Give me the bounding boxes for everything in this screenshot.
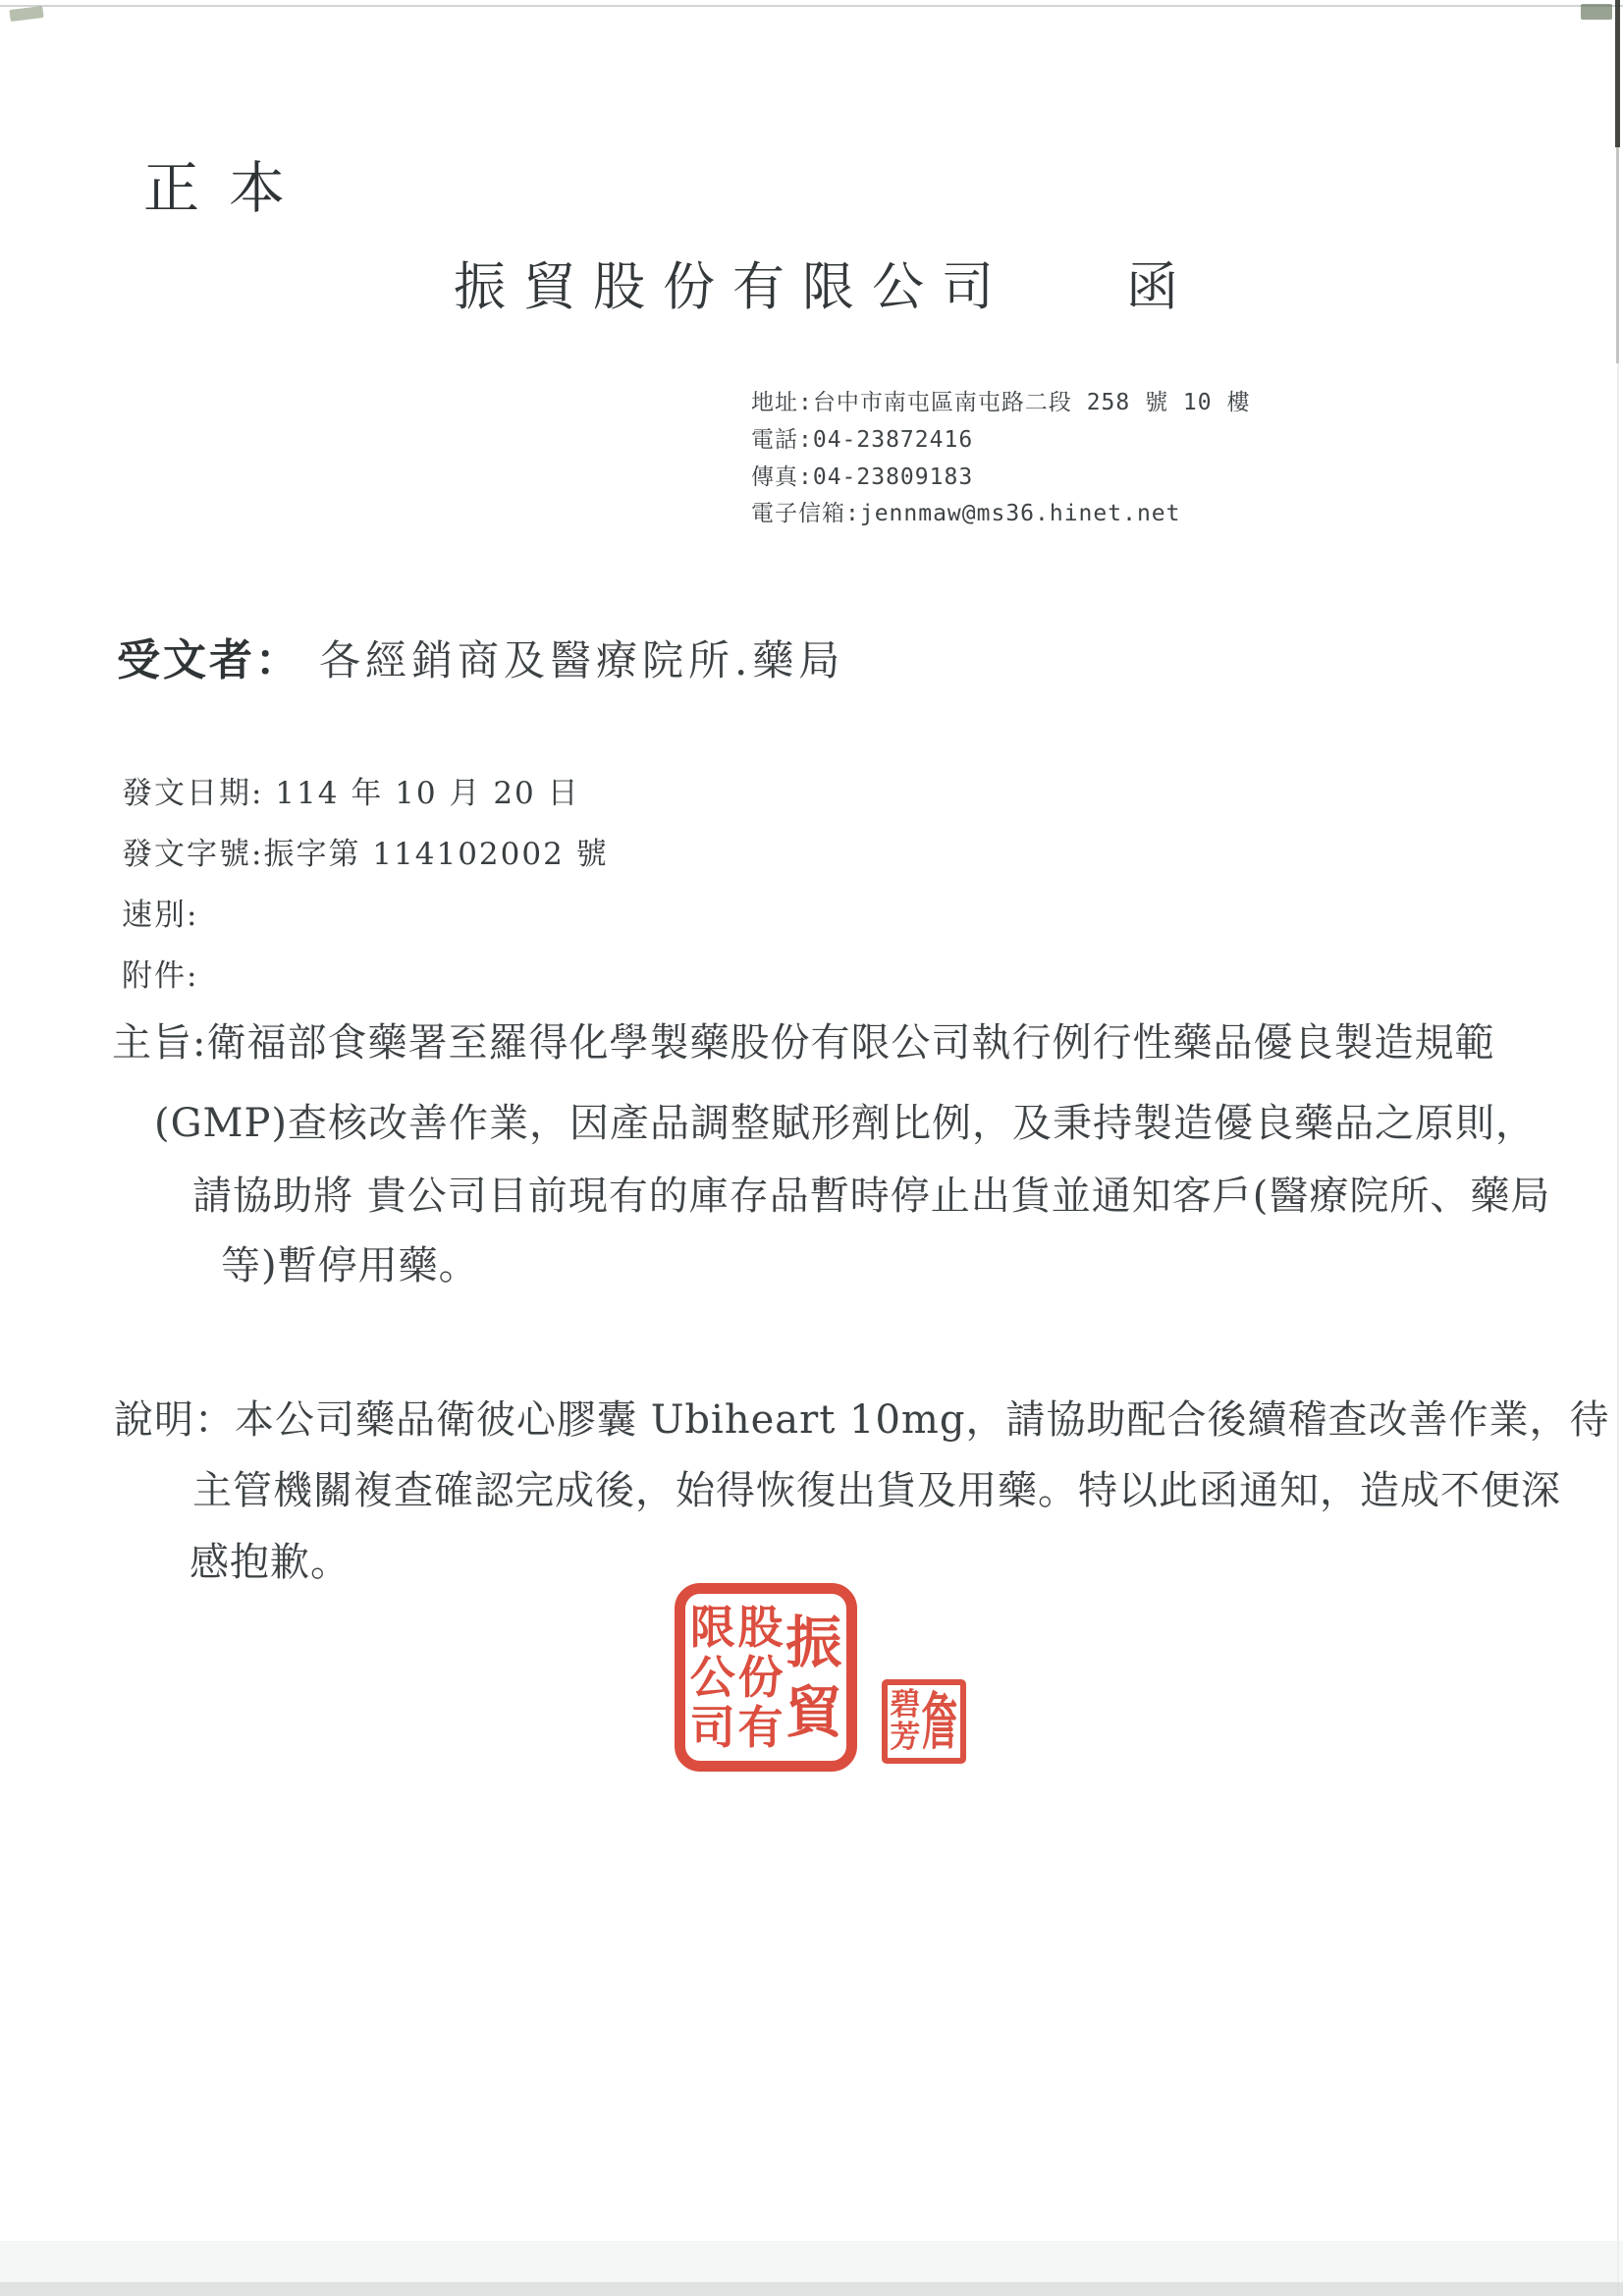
- meta-ref-number: 發文字號:振字第 114102002 號: [122, 829, 609, 873]
- seal-char: 股: [738, 1605, 784, 1650]
- personal-seal-col-right: 詹: [922, 1688, 958, 1755]
- subject-line-2: (GMP)查核改善作業，因產品調整賦形劑比例，及秉持製造優良藥品之原則，: [154, 1092, 1536, 1148]
- company-seal-col-right: 振 貿: [785, 1600, 841, 1755]
- seal-char: 貿: [785, 1684, 841, 1740]
- description-line-3: 感抱歉。: [189, 1531, 351, 1587]
- subject-line-4: 等)暫停用藥。: [221, 1234, 479, 1290]
- recipient-value: 各經銷商及醫療院所.藥局: [319, 636, 844, 684]
- scan-artifact-right-edge-faint: [1617, 363, 1619, 2296]
- description-line-2: 主管機關複查確認完成後，始得恢復出貨及用藥。特以此函通知，造成不便深: [192, 1459, 1561, 1515]
- contact-fax: 傳真:04-23809183: [751, 459, 973, 491]
- seal-char: 有: [738, 1705, 784, 1750]
- scan-artifact-bottom-soft: [0, 2241, 1623, 2282]
- subject-line-3: 請協助將 貴公司目前現有的庫存品暫時停止出貨並通知客戶(醫療院所、藥局: [192, 1165, 1550, 1221]
- contact-email: 電子信箱:jennmaw@ms36.hinet.net: [751, 495, 1181, 527]
- meta-attachment: 附件:: [122, 951, 198, 995]
- letter-title-company: 振貿股份有限公司: [454, 246, 1011, 320]
- scan-artifact-bottom-band: [0, 2282, 1623, 2296]
- seal-char: 限: [690, 1605, 735, 1650]
- personal-name-seal-stamp: 碧 芳 詹: [882, 1679, 966, 1764]
- copy-stamp-label: 正本: [143, 143, 314, 224]
- subject-line-1: 主旨:衛福部食藥署至羅得化學製藥股份有限公司執行例行性藥品優良製造規範: [112, 1011, 1494, 1067]
- scan-artifact-top-left-mark: [9, 6, 43, 22]
- meta-priority: 速別:: [122, 890, 198, 934]
- seal-char: 碧: [890, 1690, 920, 1721]
- recipient-row: 受文者：各經銷商及醫療院所.藥局: [117, 625, 844, 687]
- scan-artifact-top-line: [0, 5, 1623, 7]
- company-seal-col-middle: 股 份 有: [738, 1600, 784, 1755]
- seal-char: 芳: [890, 1722, 920, 1753]
- description-line-1: 說明：本公司藥品衛彼心膠囊 Ubiheart 10mg，請協助配合後續稽查改善作…: [114, 1389, 1609, 1445]
- seal-char: 詹: [922, 1691, 958, 1753]
- seal-char: 公: [690, 1655, 735, 1700]
- scan-artifact-right-edge: [1615, 0, 1620, 147]
- recipient-label: 受文者：: [117, 635, 301, 685]
- letter-doc-type: 函: [1126, 246, 1178, 320]
- company-seal-stamp: 限 公 司 股 份 有 振 貿: [675, 1583, 857, 1772]
- scan-artifact-top-right-mark: [1581, 4, 1612, 20]
- meta-issue-date: 發文日期: 114 年 10 月 20 日: [122, 768, 580, 812]
- contact-address: 地址:台中市南屯區南屯路二段 258 號 10 樓: [751, 384, 1250, 416]
- seal-char: 份: [738, 1655, 784, 1700]
- scanned-letter-page: 正本 振貿股份有限公司 函 地址:台中市南屯區南屯路二段 258 號 10 樓 …: [0, 0, 1623, 2296]
- seal-char: 司: [690, 1705, 735, 1750]
- personal-seal-col-left: 碧 芳: [890, 1688, 920, 1755]
- company-seal-col-left: 限 公 司: [690, 1600, 735, 1755]
- scan-artifact-right-edge-fade: [1616, 147, 1619, 363]
- contact-phone: 電話:04-23872416: [751, 421, 973, 454]
- seal-char: 振: [785, 1614, 841, 1670]
